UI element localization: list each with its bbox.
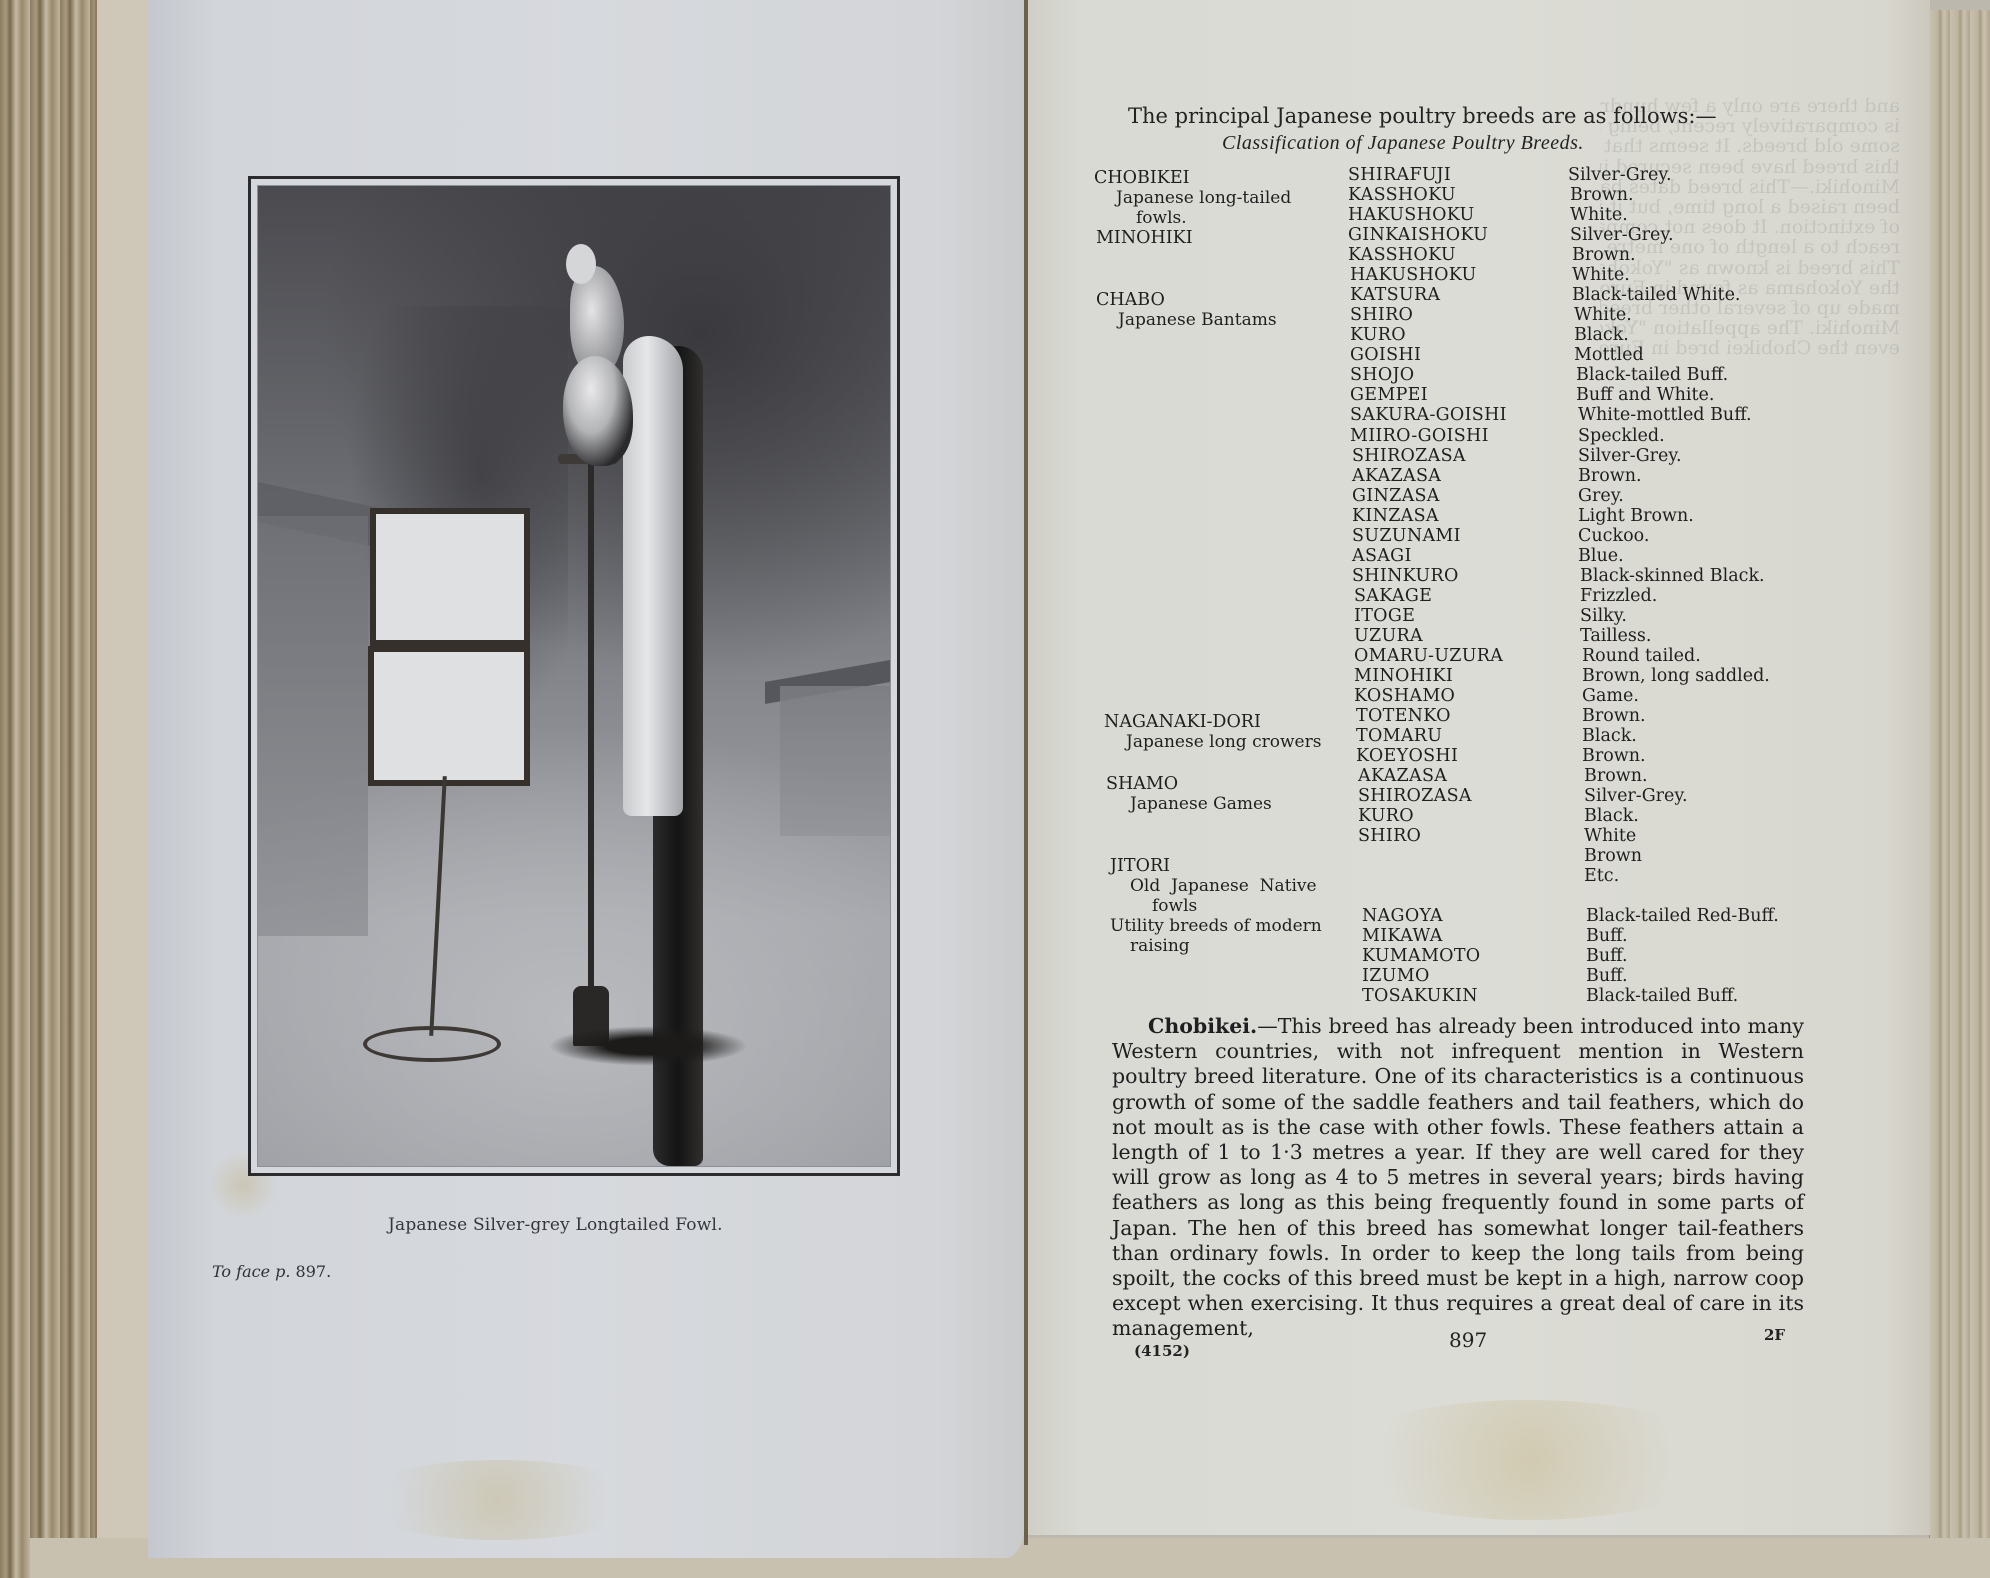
breed-color: Brown. — [1582, 746, 1646, 766]
breed-name: UZURA — [1354, 626, 1423, 646]
category-minohiki: MINOHIKI — [1096, 228, 1193, 248]
classification-title: Classification of Japanese Poultry Breed… — [1222, 132, 1584, 155]
breed-name: AKAZASA — [1352, 466, 1441, 486]
breed-name: NAGOYA — [1362, 906, 1443, 926]
breed-name: HAKUSHOKU — [1348, 205, 1475, 225]
breed-color: Silver-Grey. — [1584, 786, 1688, 806]
breed-color: Black-skinned Black. — [1580, 566, 1765, 586]
plate-caption: Japanese Silver-grey Longtailed Fowl. — [388, 1215, 723, 1235]
breed-color: Black-tailed Buff. — [1586, 986, 1738, 1006]
category-jitori: JITORI — [1110, 856, 1170, 876]
breed-name: KINZASA — [1352, 506, 1439, 526]
breed-name: SHOJO — [1350, 365, 1414, 385]
breed-name: SUZUNAMI — [1352, 526, 1461, 546]
category-naganaki-dori: NAGANAKI-DORI — [1104, 712, 1261, 732]
breed-name: TOTENKO — [1356, 706, 1451, 726]
breed-name: KURO — [1350, 325, 1406, 345]
footer-code: (4152) — [1134, 1342, 1190, 1360]
breed-color: Buff and White. — [1576, 385, 1714, 405]
category-sub: Japanese Bantams — [1118, 310, 1277, 330]
breed-name: KOEYOSHI — [1356, 746, 1458, 766]
breed-color: Black-tailed White. — [1572, 285, 1741, 305]
category-chabo: CHABO — [1096, 290, 1165, 310]
book-cover-edge-left — [95, 0, 151, 1578]
breed-name: SHIROZASA — [1352, 446, 1466, 466]
book-edge-right — [1929, 10, 1990, 1555]
photo-longtailed-fowl — [257, 185, 891, 1167]
photo-certificate-upper — [370, 508, 530, 646]
photo-building-right — [780, 686, 890, 836]
breed-color: Brown, long saddled. — [1582, 666, 1770, 686]
breed-name: SAKURA-GOISHI — [1350, 405, 1507, 425]
breed-name: GOISHI — [1350, 345, 1421, 365]
category-sub: fowls — [1152, 896, 1197, 916]
breed-name: SHIROZASA — [1358, 786, 1472, 806]
breed-name: TOSAKUKIN — [1362, 986, 1478, 1006]
category-sub: raising — [1130, 936, 1190, 956]
breed-color: Black-tailed Red-Buff. — [1586, 906, 1779, 926]
photo-tail-pool — [548, 1026, 748, 1066]
breed-color: Blue. — [1578, 546, 1624, 566]
category-sub: Japanese long crowers — [1126, 732, 1321, 752]
breed-color: Mottled — [1574, 345, 1644, 365]
face-page-reference: To face p. 897. — [212, 1262, 331, 1281]
chobikei-paragraph: Chobikei.—This breed has already been in… — [1112, 1014, 1804, 1342]
breed-name: MIKAWA — [1362, 926, 1443, 946]
breed-color: White — [1584, 826, 1636, 846]
breed-color: White. — [1572, 265, 1630, 285]
photo-bird-head — [566, 244, 596, 284]
breed-color: Brown. — [1570, 185, 1634, 205]
face-ref-label: To face p. — [212, 1262, 290, 1281]
intro-line: The principal Japanese poultry breeds ar… — [1128, 104, 1716, 128]
breed-color: Buff. — [1586, 966, 1628, 986]
photo-sign-stand — [429, 776, 447, 1036]
foxing-stain — [1328, 1400, 1728, 1520]
signature-mark: 2F — [1764, 1326, 1785, 1344]
page-number: 897 — [1449, 1328, 1487, 1352]
paragraph-lead: Chobikei. — [1148, 1014, 1257, 1038]
face-ref-page: 897. — [296, 1262, 332, 1281]
breed-name: SHIRO — [1350, 305, 1413, 325]
breed-name: KOSHAMO — [1354, 686, 1455, 706]
breed-name: SAKAGE — [1354, 586, 1432, 606]
category-chobikei: CHOBIKEI — [1094, 168, 1190, 188]
breed-color: Etc. — [1584, 866, 1619, 886]
photo-certificate-lower — [368, 646, 530, 786]
breed-name: KASSHOKU — [1348, 185, 1456, 205]
breed-color: Game. — [1582, 686, 1639, 706]
breed-color: White. — [1570, 205, 1628, 225]
breed-color: White-mottled Buff. — [1578, 405, 1752, 425]
breed-color: Silky. — [1580, 606, 1627, 626]
category-sub: Japanese Games — [1130, 794, 1272, 814]
breed-name: SHIRO — [1358, 826, 1421, 846]
breed-name: MIIRO-GOISHI — [1350, 426, 1489, 446]
breed-color: Brown — [1584, 846, 1642, 866]
breed-color: Black. — [1584, 806, 1639, 826]
breed-color: Silver-Grey. — [1570, 225, 1674, 245]
photo-perch-pole — [588, 461, 594, 1011]
photo-plate-frame — [248, 176, 900, 1176]
breed-color: Buff. — [1586, 946, 1628, 966]
breed-name: SHIRAFUJI — [1348, 165, 1451, 185]
breed-color: Frizzled. — [1580, 586, 1657, 606]
breed-name: MINOHIKI — [1354, 666, 1453, 686]
breed-color: Speckled. — [1578, 426, 1665, 446]
breed-name: KURO — [1358, 806, 1414, 826]
breed-name: SHINKURO — [1352, 566, 1459, 586]
breed-color: Silver-Grey. — [1568, 165, 1672, 185]
breed-name: GINKAISHOKU — [1348, 225, 1488, 245]
breed-name: KUMAMOTO — [1362, 946, 1480, 966]
breed-color: Brown. — [1578, 466, 1642, 486]
breed-color: Brown. — [1582, 706, 1646, 726]
breed-name: ITOGE — [1354, 606, 1415, 626]
breed-color: Brown. — [1572, 245, 1636, 265]
breed-color: Black. — [1582, 726, 1637, 746]
category-sub: Japanese long-tailed — [1116, 188, 1291, 208]
photo-building-left — [258, 516, 368, 936]
breed-color: Brown. — [1584, 766, 1648, 786]
breed-name: ASAGI — [1352, 546, 1412, 566]
breed-color: Black. — [1574, 325, 1629, 345]
breed-color: Silver-Grey. — [1578, 446, 1682, 466]
breed-name: GEMPEI — [1350, 385, 1428, 405]
breed-color: Round tailed. — [1582, 646, 1701, 666]
breed-color: Black-tailed Buff. — [1576, 365, 1728, 385]
breed-color: White. — [1574, 305, 1632, 325]
foxing-stain — [348, 1460, 648, 1540]
category-sub: Old Japanese Native — [1130, 876, 1317, 896]
category-shamo: SHAMO — [1106, 774, 1178, 794]
category-sub: fowls. — [1136, 208, 1187, 228]
breed-color: Cuckoo. — [1578, 526, 1649, 546]
breed-name: AKAZASA — [1358, 766, 1447, 786]
breed-color: Buff. — [1586, 926, 1628, 946]
photo-stand-base — [363, 1026, 501, 1062]
category-utility: Utility breeds of modern — [1110, 916, 1322, 936]
breed-name: KASSHOKU — [1348, 245, 1456, 265]
breed-name: GINZASA — [1352, 486, 1440, 506]
breed-color: Grey. — [1578, 486, 1624, 506]
paragraph-body: —This breed has already been introduced … — [1112, 1014, 1804, 1340]
breed-color: Light Brown. — [1578, 506, 1694, 526]
breed-name: IZUMO — [1362, 966, 1430, 986]
breed-name: KATSURA — [1350, 285, 1440, 305]
breed-name: OMARU-UZURA — [1354, 646, 1503, 666]
breed-name: HAKUSHOKU — [1350, 265, 1477, 285]
breed-color: Tailless. — [1580, 626, 1651, 646]
breed-name: TOMARU — [1356, 726, 1442, 746]
